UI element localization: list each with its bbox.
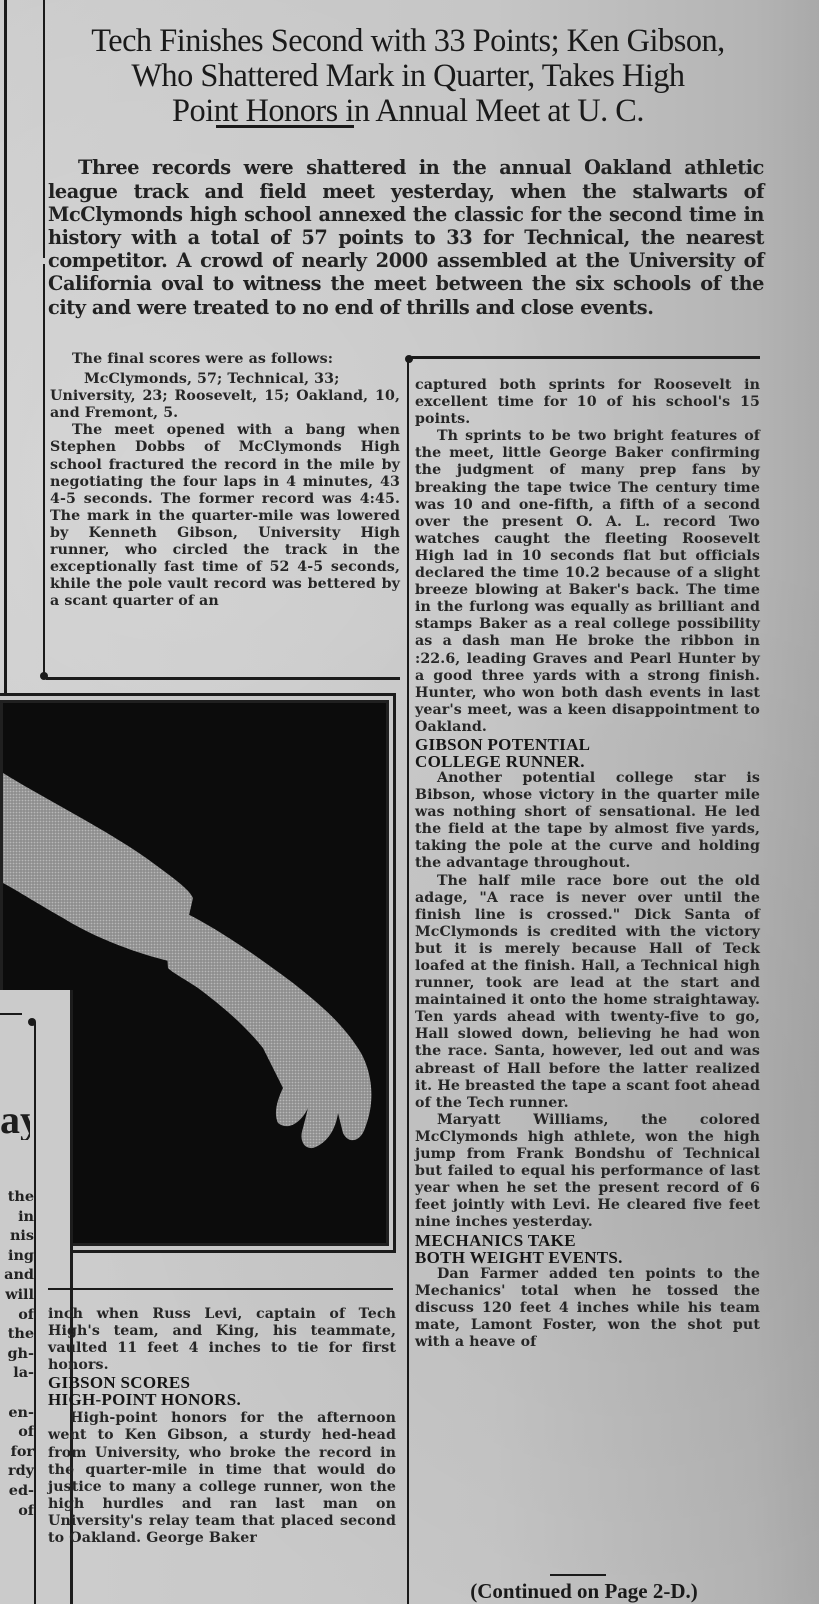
fragment [0,1383,34,1403]
headline: Tech Finishes Second with 33 Points; Ken… [55,24,761,129]
fragment: for [0,1442,34,1462]
fragment: of [0,1422,34,1442]
scores-line-1: McClymonds, 57; Technical, 33; [50,371,400,388]
continued-divider [550,1574,606,1576]
scores-rest: University, 23; Roosevelt, 15; Oakland, … [50,388,400,421]
fragment: the [0,1324,34,1344]
subhead-line: HIGH-POINT HONORS. [48,1390,241,1409]
adjacent-article-top-rule [0,1013,22,1015]
fragment: of [0,1305,34,1325]
left-bottom-top-rule [48,1288,393,1290]
adjacent-article-text: the in nis ing and will of the gh- la- e… [0,1187,34,1520]
half-mile-paragraph: The half mile race bore out the old adag… [415,873,760,1112]
page-left-rule [4,0,7,700]
fragment: nis [0,1226,34,1246]
headline-line-1: Tech Finishes Second with 33 Points; Ken… [91,23,725,59]
fragment: ed- [0,1481,34,1501]
lede-paragraph: Three records were shattered in the annu… [48,156,764,318]
right-column-top-rule [412,356,760,359]
headline-line-2: Who Shattered Mark in Quarter, Takes Hig… [131,58,684,94]
fragment: of [0,1501,34,1521]
subhead-line: BOTH WEIGHT EVENTS. [415,1248,623,1267]
left-column-top: The final scores were as follows: McClym… [50,351,400,610]
headline-line-3: Point Honors in Annual Meet at U. C. [172,93,644,129]
fragment: in [0,1207,34,1227]
subhead-mechanics: MECHANICS TAKE BOTH WEIGHT EVENTS. [415,1232,760,1266]
quarter-mile-paragraph: Another potential college star is Bibson… [415,770,760,873]
fragment: the [0,1187,34,1207]
meet-opening-paragraph: The meet opened with a bang when Stephen… [50,422,400,610]
high-point-paragraph: High-point honors for the afternoon went… [48,1410,396,1547]
adjacent-column-rule [34,1022,36,1604]
adjacent-headline-fragment: ay [0,1100,30,1140]
right-column: captured both sprints for Roosevelt in e… [415,377,760,1351]
left-column-bottom: inch when Russ Levi, captain of Tech Hig… [48,1306,396,1547]
final-scores: McClymonds, 57; Technical, 33; Universit… [50,371,400,422]
pole-vault-continuation: inch when Russ Levi, captain of Tech Hig… [48,1306,396,1374]
article-left-rule-lower [43,264,45,674]
headline-divider [216,125,354,128]
fragment: gh- [0,1344,34,1364]
fragment: ing [0,1246,34,1266]
subhead-gibson-scores: GIBSON SCORES HIGH-POINT HONORS. [48,1374,396,1408]
fragment: en- [0,1403,34,1423]
column-divider [407,360,409,1604]
fragment: will [0,1285,34,1305]
sprints-paragraph-2: Th sprints to be two bright features of … [415,428,760,736]
subhead-line: COLLEGE RUNNER. [415,752,585,771]
sprints-paragraph-1: captured both sprints for Roosevelt in e… [415,377,760,428]
scores-intro: The final scores were as follows: [50,351,400,368]
high-jump-paragraph: Maryatt Williams, the colored McClymonds… [415,1112,760,1232]
fragment: and [0,1265,34,1285]
article-left-rule [43,0,45,258]
fragment: rdy [0,1461,34,1481]
continued-line: (Continued on Page 2-D.) [434,1578,734,1604]
fragment: la- [0,1363,34,1383]
weight-events-paragraph: Dan Farmer added ten points to the Mecha… [415,1266,760,1351]
subhead-gibson-potential: GIBSON POTENTIAL COLLEGE RUNNER. [415,736,760,770]
left-column-bottom-rule [46,677,400,680]
